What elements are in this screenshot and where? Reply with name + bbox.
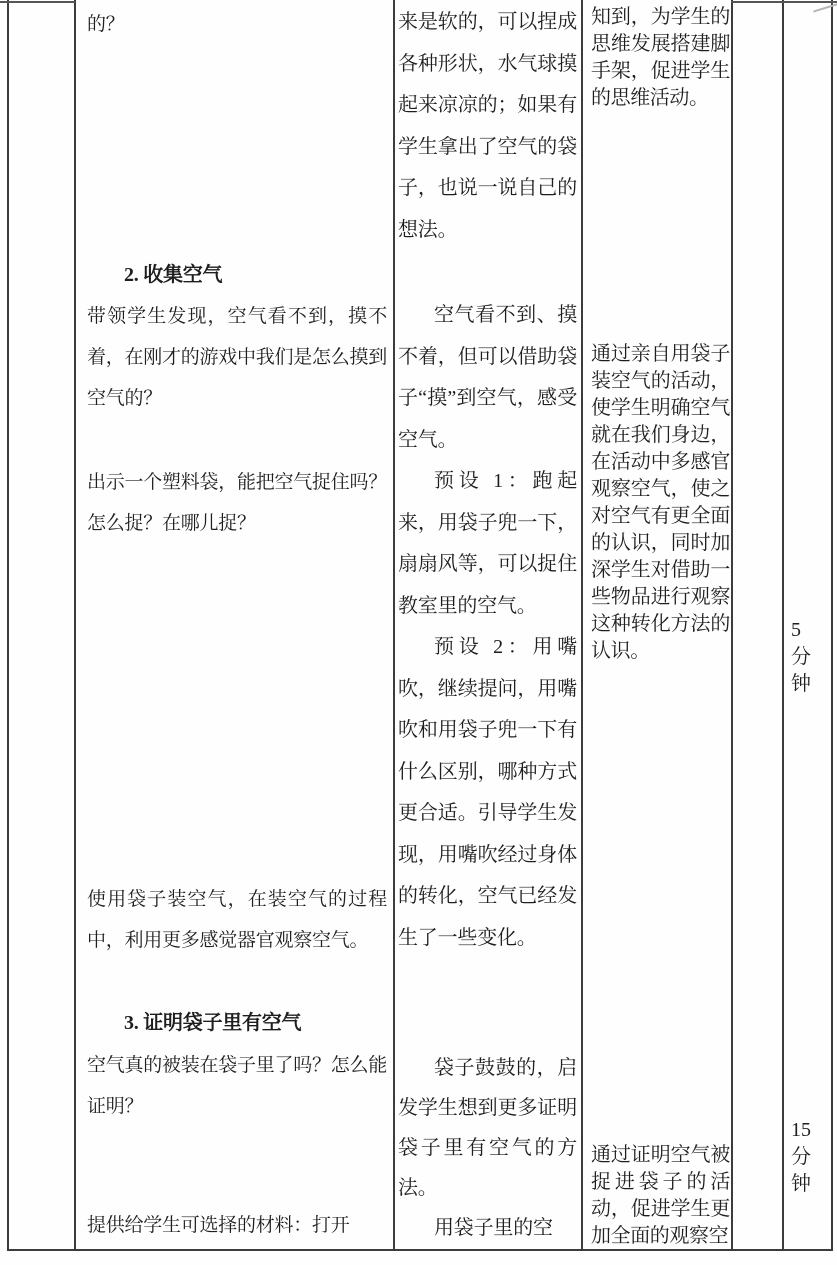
- student-paragraph-group: 空气看不到、摸不着，但可以借助袋子“摸”到空气，感受空气。 预设 1：跑起来，用…: [398, 295, 577, 959]
- student-paragraph-feel-air: 空气看不到、摸不着，但可以借助袋子“摸”到空气，感受空气。: [398, 295, 577, 461]
- student-paragraph-use-air: 用袋子里的空: [398, 1208, 577, 1248]
- student-paragraph-preset2: 预设 2：用嘴吹，继续提问，用嘴吹和用袋子兜一下有什么区别，哪种方式更合适。引导…: [398, 627, 577, 959]
- scan-artifact: [813, 3, 837, 13]
- teacher-paragraph-use-bag: 使用袋子装空气，在装空气的过程中，利用更多感觉器官观察空气。: [87, 879, 387, 961]
- section-heading-collect-air: 2. 收集空气: [87, 255, 387, 296]
- table-border-left: [7, 0, 9, 1251]
- student-paragraph-bulging-bag: 袋子鼓鼓的，启发学生想到更多证明袋子里有空气的方法。: [398, 1048, 577, 1208]
- teacher-paragraph-materials: 提供给学生可选择的材料：打开: [87, 1205, 387, 1246]
- lesson-plan-page: 的？ 2. 收集空气 带领学生发现，空气看不到，摸不着，在刚才的游戏中我们是怎么…: [0, 0, 837, 1265]
- time-badge-5min: 5分钟: [791, 617, 817, 698]
- intent-text-continued: 知到，为学生的思维发展搭建脚手架，促进学生的思维活动。: [591, 4, 730, 112]
- table-border-top-left-segment: [0, 1, 75, 3]
- intent-paragraph-collect-air: 通过亲自用袋子装空气的活动，使学生明确空气就在我们身边，在活动中多感官观察空气，…: [591, 341, 730, 665]
- table-border-col3: [581, 0, 583, 1251]
- table-border-right: [831, 0, 833, 1251]
- table-border-col2: [393, 0, 395, 1251]
- table-border-top-right-segment: [731, 1, 837, 3]
- section-heading-prove-air-in-bag: 3. 证明袋子里有空气: [87, 1003, 387, 1044]
- student-text-continued: 来是软的，可以捏成各种形状，水气球摸起来凉凉的；如果有学生拿出了空气的袋子，也说…: [398, 2, 577, 251]
- student-paragraph-group-bottom: 袋子鼓鼓的，启发学生想到更多证明袋子里有空气的方法。 用袋子里的空: [398, 1048, 577, 1248]
- table-border-col5: [782, 0, 784, 1251]
- teacher-text-continued: 的？: [87, 4, 387, 45]
- student-paragraph-preset1: 预设 1：跑起来，用袋子兜一下，扇扇风等，可以捉住教室里的空气。: [398, 461, 577, 627]
- table-border-col1: [74, 0, 76, 1251]
- teacher-paragraph-prove-question: 空气真的被装在袋子里了吗？怎么能证明？: [87, 1045, 387, 1127]
- intent-paragraph-prove-air: 通过证明空气被捉进袋子的活动，促进学生更加全面的观察空: [591, 1142, 730, 1250]
- table-border-col4: [731, 0, 733, 1251]
- teacher-paragraph-lead-discover: 带领学生发现，空气看不到，摸不着，在刚才的游戏中我们是怎么摸到空气的？: [87, 296, 387, 419]
- teacher-paragraph-show-bag: 出示一个塑料袋，能把空气捉住吗？怎么捉？在哪儿捉？: [87, 462, 387, 544]
- time-badge-15min: 15分钟: [791, 1117, 817, 1198]
